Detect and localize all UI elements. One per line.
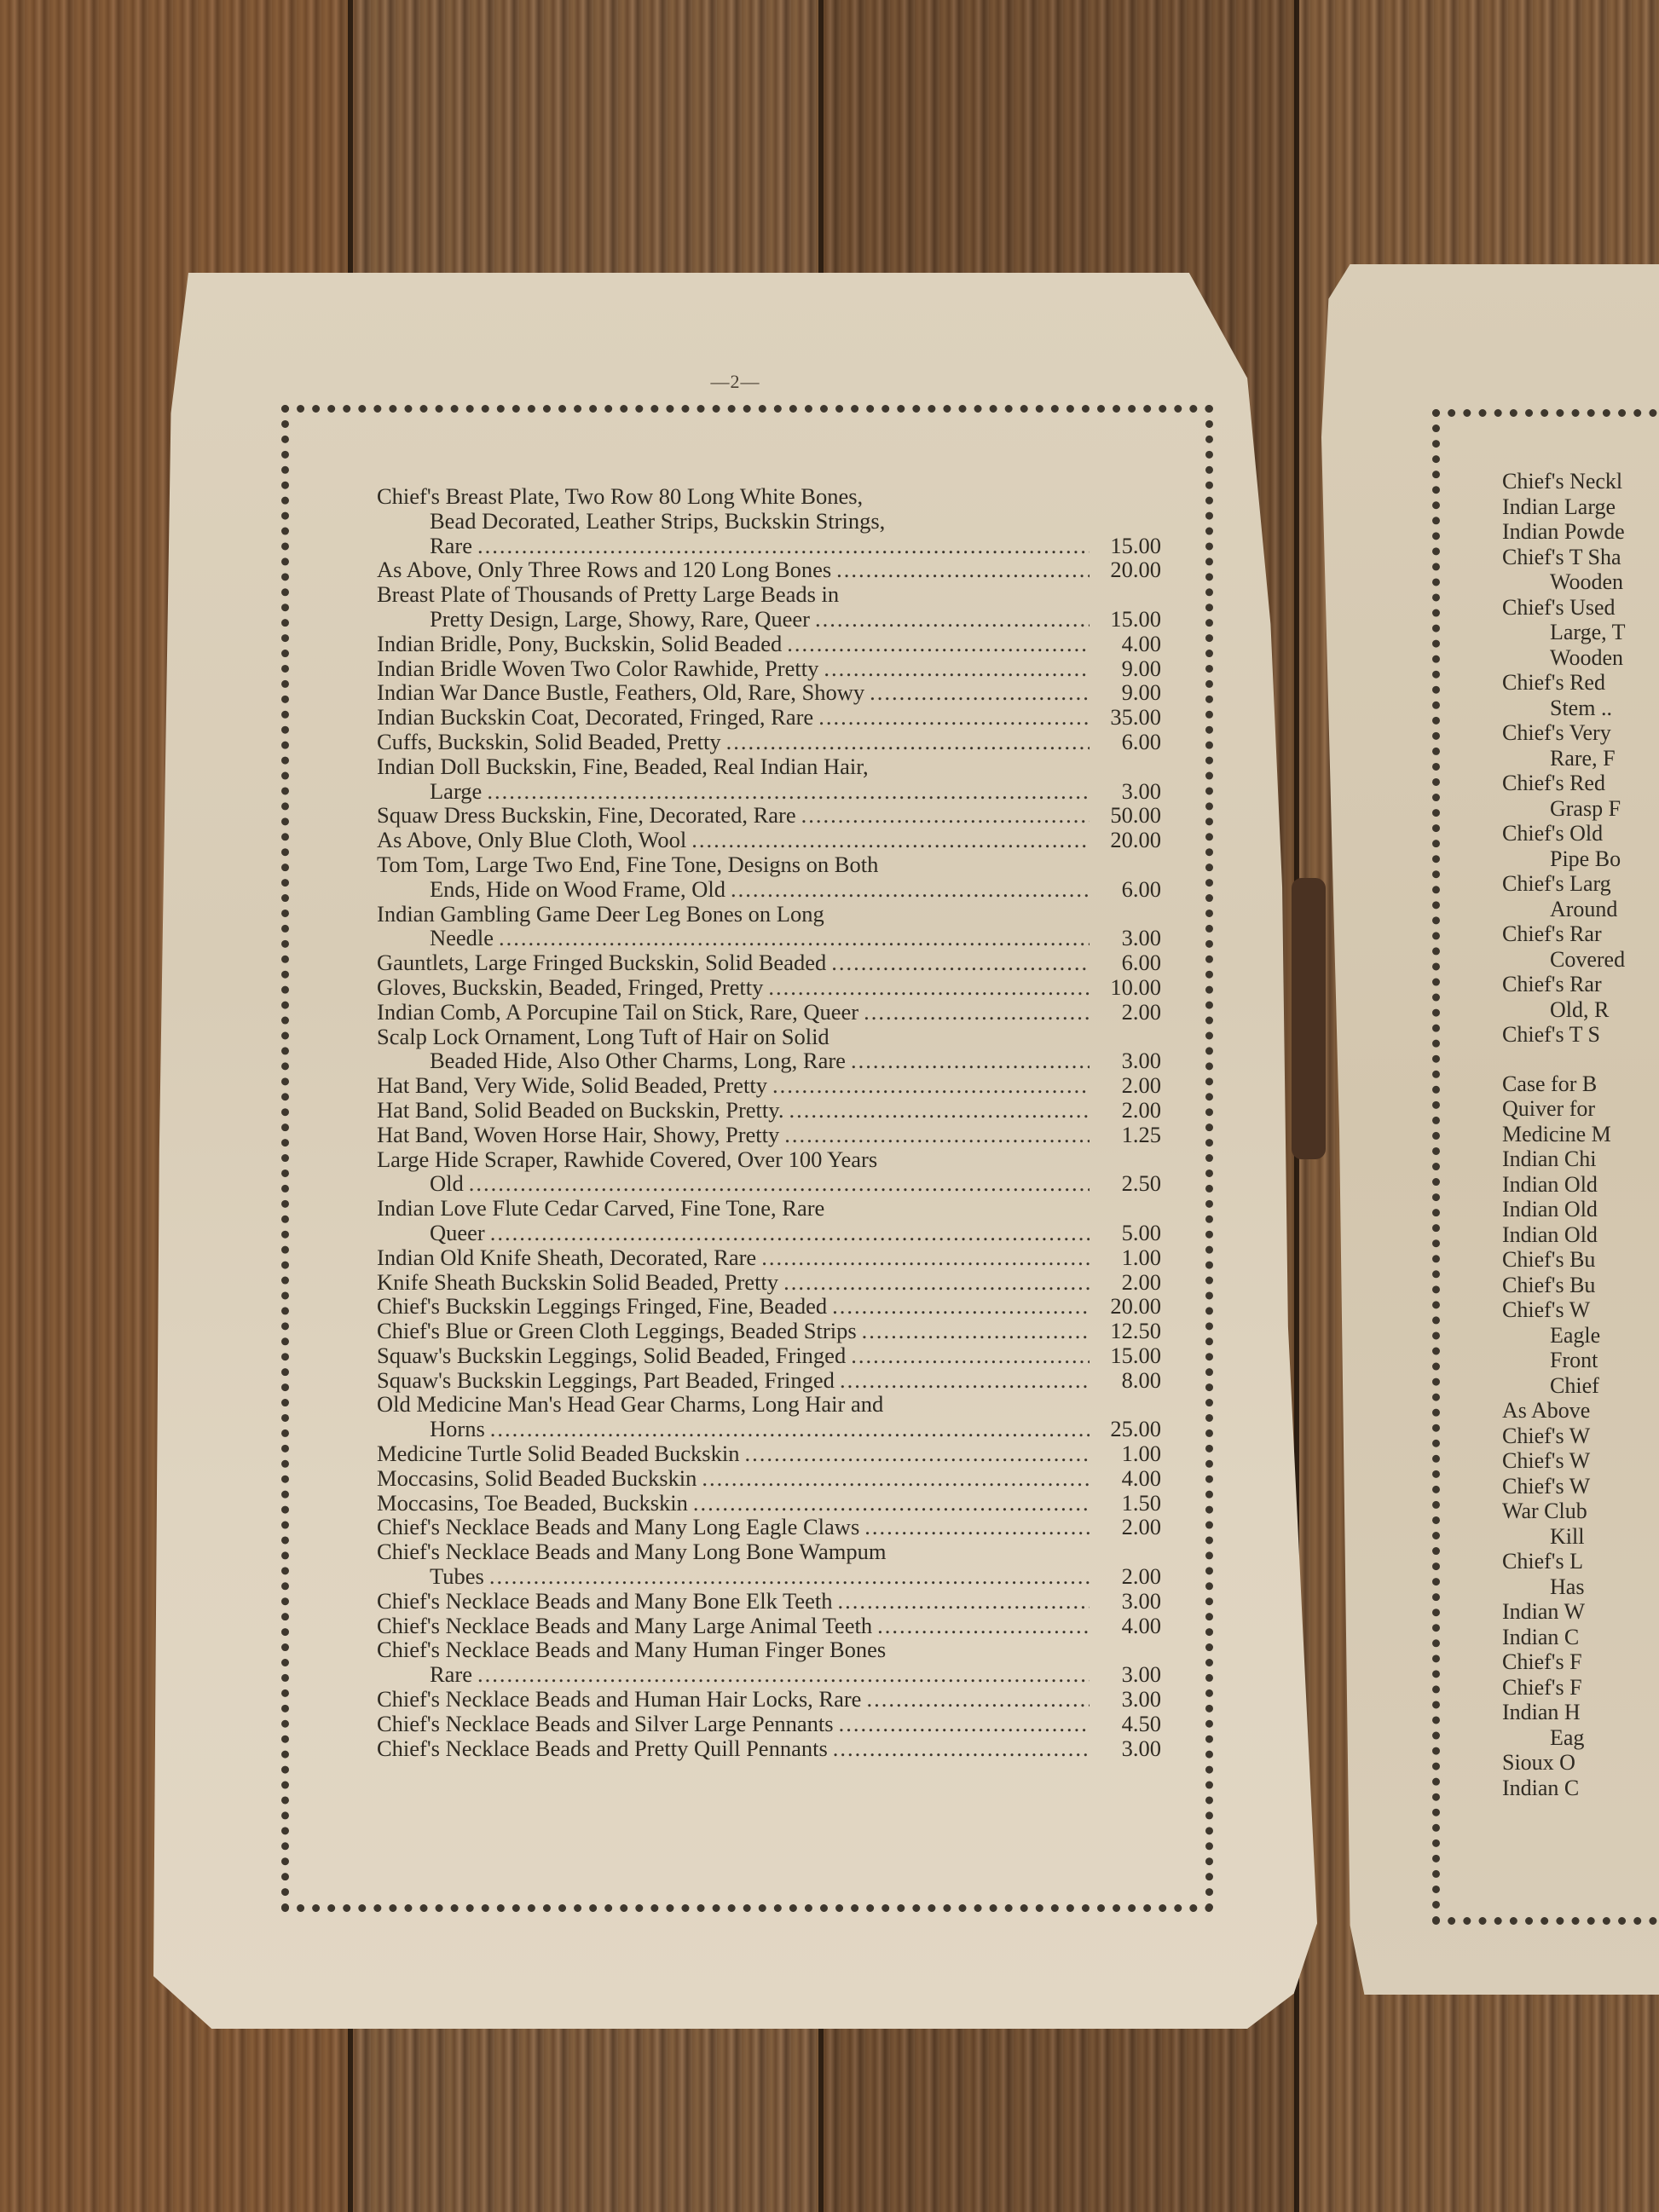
partial-item-line: Eag — [1502, 1725, 1659, 1751]
item-text: Chief's Necklace Beads and Many Long Eag… — [377, 1515, 859, 1539]
item-description-line: Moccasins, Solid Beaded Buckskin4.00 — [377, 1466, 1161, 1491]
item-text: Moccasins, Solid Beaded Buckskin — [377, 1466, 697, 1491]
item-text: Chief's Necklace Beads and Many Long Bon… — [377, 1539, 887, 1564]
catalog-item: Hat Band, Woven Horse Hair, Showy, Prett… — [377, 1123, 1161, 1147]
item-text: Tom Tom, Large Two End, Fine Tone, Desig… — [377, 852, 878, 877]
item-text: Chief's Blue or Green Cloth Leggings, Be… — [377, 1319, 857, 1343]
partial-item-line: Chief's Bu — [1502, 1273, 1659, 1298]
partial-item-line: Chief's L — [1502, 1549, 1659, 1574]
partial-item-line: Chief's Very — [1502, 720, 1659, 746]
partial-item-line: War Club — [1502, 1499, 1659, 1524]
leader-dots — [870, 680, 1090, 705]
partial-item-line: Chief's Bu — [1502, 1247, 1659, 1273]
item-description-line: Scalp Lock Ornament, Long Tuft of Hair o… — [377, 1025, 1161, 1049]
leader-dots — [840, 1368, 1090, 1393]
item-text: Chief's Buckskin Leggings Fringed, Fine,… — [377, 1294, 827, 1319]
item-text: Knife Sheath Buckskin Solid Beaded, Pret… — [377, 1270, 778, 1295]
item-text: Rare — [430, 534, 472, 558]
partial-item-line: Sioux O — [1502, 1750, 1659, 1776]
catalog-item: Indian War Dance Bustle, Feathers, Old, … — [377, 680, 1161, 705]
item-text: Rare — [430, 1662, 472, 1687]
catalog-item: Tom Tom, Large Two End, Fine Tone, Desig… — [377, 852, 1161, 902]
item-text: Chief's Necklace Beads and Many Human Fi… — [377, 1637, 886, 1662]
item-text: Squaw Dress Buckskin, Fine, Decorated, R… — [377, 803, 796, 828]
item-text: Indian Old Knife Sheath, Decorated, Rare — [377, 1245, 756, 1270]
leader-dots — [490, 1221, 1090, 1245]
leader-dots — [836, 557, 1090, 582]
item-description-line: Pretty Design, Large, Showy, Rare, Queer… — [377, 607, 1161, 632]
item-description-line: Squaw Dress Buckskin, Fine, Decorated, R… — [377, 803, 1161, 828]
catalog-item: Indian Gambling Game Deer Leg Bones on L… — [377, 902, 1161, 951]
item-description-line: Indian Old Knife Sheath, Decorated, Rare… — [377, 1245, 1161, 1270]
partial-item-line: Chief — [1502, 1373, 1659, 1399]
partial-item-line: Indian Chi — [1502, 1146, 1659, 1172]
item-price: 6.00 — [1095, 730, 1161, 754]
partial-item-line: Chief's Red — [1502, 670, 1659, 696]
item-description-line: Chief's Necklace Beads and Many Long Eag… — [377, 1515, 1161, 1539]
item-price: 1.00 — [1095, 1245, 1161, 1270]
leader-dots — [477, 534, 1090, 558]
leader-dots — [877, 1614, 1090, 1638]
leader-dots — [833, 1736, 1090, 1761]
item-description-line: Indian Comb, A Porcupine Tail on Stick, … — [377, 1000, 1161, 1025]
leader-dots — [824, 656, 1090, 681]
partial-item-line: Chief's F — [1502, 1675, 1659, 1701]
partial-item-line: Chief's T Sha — [1502, 545, 1659, 570]
catalog-item: Indian Doll Buckskin, Fine, Beaded, Real… — [377, 754, 1161, 804]
item-price: 15.00 — [1095, 534, 1161, 558]
item-description-line: Beaded Hide, Also Other Charms, Long, Ra… — [377, 1048, 1161, 1073]
item-price: 3.00 — [1095, 1662, 1161, 1687]
catalog-item: Squaw Dress Buckskin, Fine, Decorated, R… — [377, 803, 1161, 828]
partial-item-line: Indian C — [1502, 1625, 1659, 1650]
item-description-line: Chief's Necklace Beads and Pretty Quill … — [377, 1736, 1161, 1761]
item-price: 4.00 — [1095, 1614, 1161, 1638]
catalog-item: Indian Bridle, Pony, Buckskin, Solid Bea… — [377, 632, 1161, 656]
catalog-item: Moccasins, Toe Beaded, Buckskin1.50 — [377, 1491, 1161, 1516]
partial-item-line: Eagle — [1502, 1323, 1659, 1349]
item-text: Indian Buckskin Coat, Decorated, Fringed… — [377, 705, 813, 730]
item-price: 20.00 — [1095, 557, 1161, 582]
item-text: Cuffs, Buckskin, Solid Beaded, Pretty — [377, 730, 721, 754]
item-text: Squaw's Buckskin Leggings, Solid Beaded,… — [377, 1343, 846, 1368]
leader-dots — [477, 1662, 1090, 1687]
catalog-item: Chief's Blue or Green Cloth Leggings, Be… — [377, 1319, 1161, 1343]
partial-item-line: Indian W — [1502, 1599, 1659, 1625]
catalog-item: Chief's Necklace Beads and Human Hair Lo… — [377, 1687, 1161, 1712]
partial-item-line: Stem .. — [1502, 696, 1659, 721]
item-text: Chief's Breast Plate, Two Row 80 Long Wh… — [377, 484, 863, 509]
catalog-item: Breast Plate of Thousands of Pretty Larg… — [377, 582, 1161, 632]
price-list: Chief's Breast Plate, Two Row 80 Long Wh… — [377, 484, 1161, 1760]
item-price: 1.00 — [1095, 1441, 1161, 1466]
item-price: 9.00 — [1095, 656, 1161, 681]
item-text: Indian Bridle Woven Two Color Rawhide, P… — [377, 656, 818, 681]
item-description-line: Cuffs, Buckskin, Solid Beaded, Pretty6.0… — [377, 730, 1161, 754]
catalog-page-right: Chief's NecklIndian LargeIndian PowdeChi… — [1321, 264, 1659, 1995]
item-price: 3.00 — [1095, 1687, 1161, 1712]
catalog-item: Chief's Necklace Beads and Many Bone Elk… — [377, 1589, 1161, 1614]
catalog-item: Indian Comb, A Porcupine Tail on Stick, … — [377, 1000, 1161, 1025]
catalog-item: Chief's Necklace Beads and Many Long Eag… — [377, 1515, 1161, 1539]
catalog-item: Indian Love Flute Cedar Carved, Fine Ton… — [377, 1196, 1161, 1245]
catalog-item: Medicine Turtle Solid Beaded Buckskin1.0… — [377, 1441, 1161, 1466]
leader-dots — [818, 705, 1090, 730]
item-price: 2.50 — [1095, 1171, 1161, 1196]
item-price: 20.00 — [1095, 1294, 1161, 1319]
item-description-line: Large Hide Scraper, Rawhide Covered, Ove… — [377, 1147, 1161, 1172]
catalog-item: Indian Buckskin Coat, Decorated, Fringed… — [377, 705, 1161, 730]
item-description-line: Ends, Hide on Wood Frame, Old6.00 — [377, 877, 1161, 902]
item-description-line: As Above, Only Three Rows and 120 Long B… — [377, 557, 1161, 582]
partial-item-line: Covered — [1502, 947, 1659, 973]
item-text: Large Hide Scraper, Rawhide Covered, Ove… — [377, 1147, 877, 1172]
partial-item-line: Chief's W — [1502, 1474, 1659, 1499]
leader-dots — [691, 828, 1090, 852]
item-description-line: Queer5.00 — [377, 1221, 1161, 1245]
catalog-item: Scalp Lock Ornament, Long Tuft of Hair o… — [377, 1025, 1161, 1074]
item-price: 3.00 — [1095, 1048, 1161, 1073]
item-text: Indian Doll Buckskin, Fine, Beaded, Real… — [377, 754, 869, 779]
item-text: Needle — [430, 926, 494, 950]
item-price: 2.00 — [1095, 1515, 1161, 1539]
item-description-line: Chief's Necklace Beads and Many Bone Elk… — [377, 1589, 1161, 1614]
item-text: Indian Comb, A Porcupine Tail on Stick, … — [377, 1000, 858, 1025]
leader-dots — [702, 1466, 1090, 1491]
catalog-item: Gloves, Buckskin, Beaded, Fringed, Prett… — [377, 975, 1161, 1000]
leader-dots — [772, 1073, 1090, 1098]
partial-item-line: Medicine M — [1502, 1122, 1659, 1147]
item-text: Hat Band, Very Wide, Solid Beaded, Prett… — [377, 1073, 767, 1098]
partial-item-line: Chief's Old — [1502, 821, 1659, 846]
leader-dots — [831, 950, 1090, 975]
item-price: 2.00 — [1095, 1000, 1161, 1025]
catalog-item: Moccasins, Solid Beaded Buckskin4.00 — [377, 1466, 1161, 1491]
item-text: Indian Gambling Game Deer Leg Bones on L… — [377, 902, 824, 927]
item-description-line: Squaw's Buckskin Leggings, Solid Beaded,… — [377, 1343, 1161, 1368]
item-description-line: Bead Decorated, Leather Strips, Buckskin… — [377, 509, 1161, 534]
item-description-line: Hat Band, Woven Horse Hair, Showy, Prett… — [377, 1123, 1161, 1147]
item-description-line: Chief's Breast Plate, Two Row 80 Long Wh… — [377, 484, 1161, 509]
catalog-item: As Above, Only Blue Cloth, Wool20.00 — [377, 828, 1161, 852]
leader-dots — [487, 779, 1090, 804]
item-description-line: Gloves, Buckskin, Beaded, Fringed, Prett… — [377, 975, 1161, 1000]
item-text: Old — [430, 1171, 464, 1196]
item-description-line: Chief's Necklace Beads and Silver Large … — [377, 1712, 1161, 1736]
catalog-item: As Above, Only Three Rows and 120 Long B… — [377, 557, 1161, 582]
item-description-line: Indian War Dance Bustle, Feathers, Old, … — [377, 680, 1161, 705]
item-description-line: Indian Bridle Woven Two Color Rawhide, P… — [377, 656, 1161, 681]
item-text: Medicine Turtle Solid Beaded Buckskin — [377, 1441, 739, 1466]
leader-dots — [489, 1564, 1090, 1589]
leader-dots — [784, 1123, 1090, 1147]
item-text: As Above, Only Three Rows and 120 Long B… — [377, 557, 831, 582]
catalog-item: Gauntlets, Large Fringed Buckskin, Solid… — [377, 950, 1161, 975]
item-price: 3.00 — [1095, 926, 1161, 950]
item-text: Ends, Hide on Wood Frame, Old — [430, 877, 725, 902]
item-price: 2.00 — [1095, 1073, 1161, 1098]
item-price: 2.00 — [1095, 1270, 1161, 1295]
partial-item-line: Wooden — [1502, 645, 1659, 671]
leader-dots — [862, 1319, 1090, 1343]
partial-item-line: As Above — [1502, 1398, 1659, 1424]
partial-item-line: Indian C — [1502, 1776, 1659, 1801]
partial-item-line: Has — [1502, 1574, 1659, 1600]
catalog-item: Chief's Necklace Beads and Pretty Quill … — [377, 1736, 1161, 1761]
leader-dots — [731, 877, 1090, 902]
item-text: Gauntlets, Large Fringed Buckskin, Solid… — [377, 950, 826, 975]
item-description-line: Large3.00 — [377, 779, 1161, 804]
item-price: 4.50 — [1095, 1712, 1161, 1736]
item-price: 15.00 — [1095, 1343, 1161, 1368]
item-text: Queer — [430, 1221, 485, 1245]
item-price: 9.00 — [1095, 680, 1161, 705]
item-description-line: Hat Band, Very Wide, Solid Beaded, Prett… — [377, 1073, 1161, 1098]
catalog-item: Chief's Necklace Beads and Many Long Bon… — [377, 1539, 1161, 1589]
item-description-line: Medicine Turtle Solid Beaded Buckskin1.0… — [377, 1441, 1161, 1466]
item-text: Old Medicine Man's Head Gear Charms, Lon… — [377, 1392, 883, 1417]
leader-dots — [864, 1000, 1090, 1025]
item-text: Breast Plate of Thousands of Pretty Larg… — [377, 582, 839, 607]
item-price: 2.00 — [1095, 1098, 1161, 1123]
partial-item-line: Grasp F — [1502, 796, 1659, 822]
item-price: 20.00 — [1095, 828, 1161, 852]
page-number: —2— — [153, 371, 1317, 393]
catalog-item: Cuffs, Buckskin, Solid Beaded, Pretty6.0… — [377, 730, 1161, 754]
partial-item-line: Chief's W — [1502, 1424, 1659, 1449]
partial-item-line: Chief's F — [1502, 1649, 1659, 1675]
item-text: Beaded Hide, Also Other Charms, Long, Ra… — [430, 1048, 846, 1073]
item-description-line: As Above, Only Blue Cloth, Wool20.00 — [377, 828, 1161, 852]
partial-item-line: Pipe Bo — [1502, 846, 1659, 872]
item-price: 35.00 — [1095, 705, 1161, 730]
item-description-line: Breast Plate of Thousands of Pretty Larg… — [377, 582, 1161, 607]
partial-item-line: Chief's Rar — [1502, 921, 1659, 947]
item-description-line: Gauntlets, Large Fringed Buckskin, Solid… — [377, 950, 1161, 975]
partial-item-line: Case for B — [1502, 1071, 1659, 1097]
item-text: Chief's Necklace Beads and Pretty Quill … — [377, 1736, 828, 1761]
item-description-line: Indian Bridle, Pony, Buckskin, Solid Bea… — [377, 632, 1161, 656]
catalog-item: Hat Band, Solid Beaded on Buckskin, Pret… — [377, 1098, 1161, 1123]
item-price: 4.00 — [1095, 632, 1161, 656]
item-description-line: Indian Doll Buckskin, Fine, Beaded, Real… — [377, 754, 1161, 779]
partial-item-line: Quiver for — [1502, 1096, 1659, 1122]
catalog-item: Chief's Breast Plate, Two Row 80 Long Wh… — [377, 484, 1161, 557]
item-description-line: Indian Buckskin Coat, Decorated, Fringed… — [377, 705, 1161, 730]
item-price: 25.00 — [1095, 1417, 1161, 1441]
partial-item-line: Chief's W — [1502, 1448, 1659, 1474]
catalog-item: Chief's Buckskin Leggings Fringed, Fine,… — [377, 1294, 1161, 1319]
item-text: Chief's Necklace Beads and Many Bone Elk… — [377, 1589, 832, 1614]
item-price: 4.00 — [1095, 1466, 1161, 1491]
leader-dots — [789, 1098, 1090, 1123]
item-description-line: Chief's Necklace Beads and Human Hair Lo… — [377, 1687, 1161, 1712]
partial-item-line: Indian Large — [1502, 494, 1659, 520]
leader-dots — [469, 1171, 1090, 1196]
item-description-line: Horns25.00 — [377, 1417, 1161, 1441]
catalog-item: Indian Bridle Woven Two Color Rawhide, P… — [377, 656, 1161, 681]
item-price: 6.00 — [1095, 877, 1161, 902]
leader-dots — [768, 975, 1090, 1000]
partial-item-line: Front — [1502, 1348, 1659, 1373]
partial-item-line: Chief's Used — [1502, 595, 1659, 621]
item-description-line: Knife Sheath Buckskin Solid Beaded, Pret… — [377, 1270, 1161, 1295]
item-text: Gloves, Buckskin, Beaded, Fringed, Prett… — [377, 975, 763, 1000]
item-description-line: Indian Love Flute Cedar Carved, Fine Ton… — [377, 1196, 1161, 1221]
partial-item-line: Chief's Neckl — [1502, 469, 1659, 494]
page-tear — [1292, 878, 1326, 1159]
item-description-line: Hat Band, Solid Beaded on Buckskin, Pret… — [377, 1098, 1161, 1123]
item-price: 1.25 — [1095, 1123, 1161, 1147]
item-text: Horns — [430, 1417, 485, 1441]
item-price: 3.00 — [1095, 1589, 1161, 1614]
item-text: Indian Love Flute Cedar Carved, Fine Ton… — [377, 1196, 824, 1221]
item-text: Chief's Necklace Beads and Silver Large … — [377, 1712, 834, 1736]
catalog-item: Indian Old Knife Sheath, Decorated, Rare… — [377, 1245, 1161, 1270]
partial-item-line: Indian Powde — [1502, 519, 1659, 545]
item-price: 6.00 — [1095, 950, 1161, 975]
partial-item-line: Indian Old — [1502, 1197, 1659, 1222]
item-price: 10.00 — [1095, 975, 1161, 1000]
item-text: Scalp Lock Ornament, Long Tuft of Hair o… — [377, 1025, 829, 1049]
leader-dots — [866, 1687, 1090, 1712]
leader-dots — [693, 1491, 1090, 1516]
item-text: Indian War Dance Bustle, Feathers, Old, … — [377, 680, 864, 705]
partial-item-line: Chief's W — [1502, 1297, 1659, 1323]
item-text: As Above, Only Blue Cloth, Wool — [377, 828, 686, 852]
leader-dots — [490, 1417, 1090, 1441]
item-description-line: Old2.50 — [377, 1171, 1161, 1196]
partial-item-line: Indian H — [1502, 1700, 1659, 1725]
leader-dots — [839, 1712, 1090, 1736]
leader-dots — [726, 730, 1090, 754]
leader-dots — [787, 632, 1090, 656]
catalog-item: Old Medicine Man's Head Gear Charms, Lon… — [377, 1392, 1161, 1441]
leader-dots — [832, 1294, 1090, 1319]
partial-item-line: Large, T — [1502, 620, 1659, 645]
item-description-line: Chief's Necklace Beads and Many Human Fi… — [377, 1637, 1161, 1662]
item-text: Bead Decorated, Leather Strips, Buckskin… — [430, 509, 885, 534]
catalog-item: Hat Band, Very Wide, Solid Beaded, Prett… — [377, 1073, 1161, 1098]
item-price: 1.50 — [1095, 1491, 1161, 1516]
item-text: Large — [430, 779, 482, 804]
item-description-line: Tubes2.00 — [377, 1564, 1161, 1589]
leader-dots — [815, 607, 1090, 632]
item-description-line: Indian Gambling Game Deer Leg Bones on L… — [377, 902, 1161, 927]
item-text: Tubes — [430, 1564, 484, 1589]
leader-dots — [801, 803, 1090, 828]
partial-item-line: Around — [1502, 897, 1659, 922]
section-gap — [1502, 1048, 1659, 1071]
item-description-line: Squaw's Buckskin Leggings, Part Beaded, … — [377, 1368, 1161, 1393]
partial-item-line: Old, R — [1502, 997, 1659, 1023]
item-description-line: Chief's Necklace Beads and Many Long Bon… — [377, 1539, 1161, 1564]
item-price: 8.00 — [1095, 1368, 1161, 1393]
item-price: 2.00 — [1095, 1564, 1161, 1589]
item-description-line: Rare15.00 — [377, 534, 1161, 558]
item-price: 3.00 — [1095, 779, 1161, 804]
catalog-page-left: —2— Chief's Breast Plate, Two Row 80 Lon… — [153, 273, 1317, 2029]
catalog-item: Knife Sheath Buckskin Solid Beaded, Pret… — [377, 1270, 1161, 1295]
partial-item-line: Chief's T S — [1502, 1022, 1659, 1048]
leader-dots — [744, 1441, 1090, 1466]
item-description-line: Chief's Buckskin Leggings Fringed, Fine,… — [377, 1294, 1161, 1319]
leader-dots — [499, 926, 1090, 950]
item-description-line: Chief's Blue or Green Cloth Leggings, Be… — [377, 1319, 1161, 1343]
item-text: Pretty Design, Large, Showy, Rare, Queer — [430, 607, 810, 632]
catalog-item: Squaw's Buckskin Leggings, Solid Beaded,… — [377, 1343, 1161, 1368]
partial-item-line: Indian Old — [1502, 1172, 1659, 1198]
partial-item-line: Chief's Red — [1502, 771, 1659, 796]
leader-dots — [783, 1270, 1090, 1295]
item-text: Indian Bridle, Pony, Buckskin, Solid Bea… — [377, 632, 782, 656]
leader-dots — [837, 1589, 1090, 1614]
partial-item-line: Rare, F — [1502, 746, 1659, 771]
item-text: Hat Band, Woven Horse Hair, Showy, Prett… — [377, 1123, 779, 1147]
leader-dots — [761, 1245, 1090, 1270]
item-text: Moccasins, Toe Beaded, Buckskin — [377, 1491, 688, 1516]
item-text: Chief's Necklace Beads and Human Hair Lo… — [377, 1687, 861, 1712]
partial-item-line: Chief's Larg — [1502, 871, 1659, 897]
partial-item-line: Indian Old — [1502, 1222, 1659, 1248]
item-description-line: Tom Tom, Large Two End, Fine Tone, Desig… — [377, 852, 1161, 877]
catalog-item: Chief's Necklace Beads and Many Human Fi… — [377, 1637, 1161, 1687]
item-description-line: Old Medicine Man's Head Gear Charms, Lon… — [377, 1392, 1161, 1417]
item-text: Hat Band, Solid Beaded on Buckskin, Pret… — [377, 1098, 783, 1123]
item-price: 5.00 — [1095, 1221, 1161, 1245]
partial-item-line: Chief's Rar — [1502, 972, 1659, 997]
leader-dots — [864, 1515, 1090, 1539]
item-price: 15.00 — [1095, 607, 1161, 632]
partial-item-line: Wooden — [1502, 569, 1659, 595]
catalog-item: Chief's Necklace Beads and Many Large An… — [377, 1614, 1161, 1638]
catalog-item: Chief's Necklace Beads and Silver Large … — [377, 1712, 1161, 1736]
leader-dots — [851, 1343, 1090, 1368]
price-list-partial: Chief's NecklIndian LargeIndian PowdeChi… — [1502, 469, 1659, 1800]
item-text: Chief's Necklace Beads and Many Large An… — [377, 1614, 872, 1638]
item-text: Squaw's Buckskin Leggings, Part Beaded, … — [377, 1368, 835, 1393]
item-description-line: Needle3.00 — [377, 926, 1161, 950]
leader-dots — [851, 1048, 1090, 1073]
item-price: 3.00 — [1095, 1736, 1161, 1761]
item-description-line: Chief's Necklace Beads and Many Large An… — [377, 1614, 1161, 1638]
item-price: 12.50 — [1095, 1319, 1161, 1343]
partial-item-line: Kill — [1502, 1524, 1659, 1550]
catalog-item: Large Hide Scraper, Rawhide Covered, Ove… — [377, 1147, 1161, 1197]
item-price: 50.00 — [1095, 803, 1161, 828]
catalog-item: Squaw's Buckskin Leggings, Part Beaded, … — [377, 1368, 1161, 1393]
item-description-line: Rare3.00 — [377, 1662, 1161, 1687]
item-description-line: Moccasins, Toe Beaded, Buckskin1.50 — [377, 1491, 1161, 1516]
